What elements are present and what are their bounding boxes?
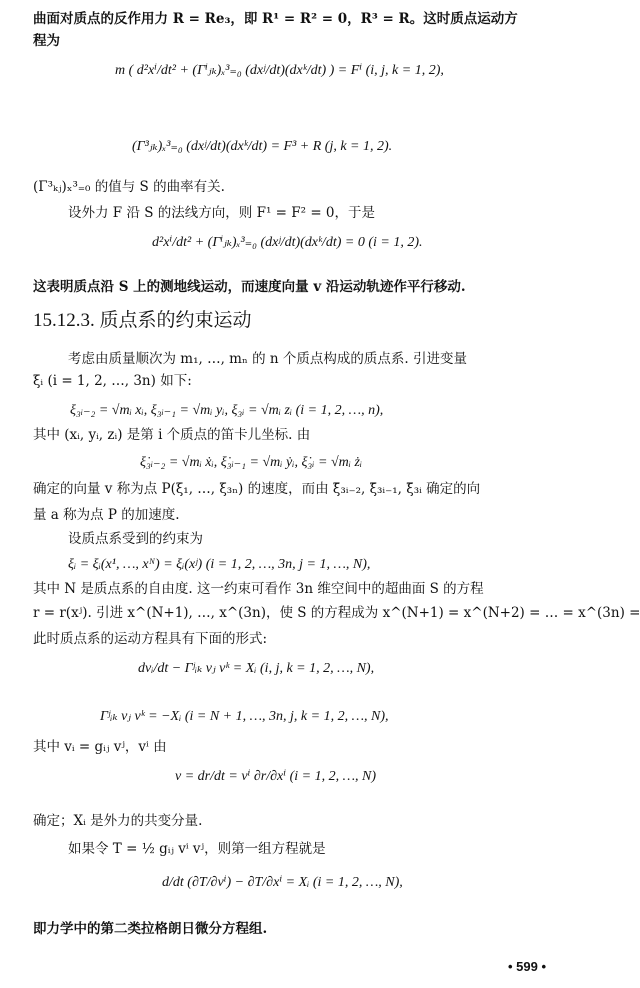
page-number: • 599 • xyxy=(508,958,546,976)
equation: d²xⁱ/dt² + (Γⁱⱼₖ)ₓ³₌₀ (dxʲ/dt)(dxᵏ/dt) =… xyxy=(152,234,422,252)
text-line: 设外力 F 沿 S 的法线方向，则 F¹ = F² = 0，于是 xyxy=(68,204,375,222)
equation: ξᵢ = ξᵢ(x¹, …, xᴺ) = ξᵢ(xʲ) (i = 1, 2, …… xyxy=(68,556,370,574)
text-line: 曲面对质点的反作用力 R = Re₃，即 R¹ = R² = 0，R³ = R。… xyxy=(33,10,518,28)
text-line: r = r(xʲ). 引进 x^(N+1), …, x^(3n)，使 S 的方程… xyxy=(33,604,640,622)
text-line: 量 a 称为点 P 的加速度. xyxy=(33,506,180,524)
equation: v = dr/dt = vⁱ ∂r/∂xⁱ (i = 1, 2, …, N) xyxy=(175,768,376,786)
text-line: 这表明质点沿 S 上的测地线运动，而速度向量 v 沿运动轨迹作平行移动. xyxy=(33,278,466,296)
equation: ξ₃ᵢ₋₂ = √mᵢ xᵢ, ξ₃ᵢ₋₁ = √mᵢ yᵢ, ξ₃ᵢ = √m… xyxy=(70,402,383,420)
equation: Γʲᵢₖ vⱼ vᵏ = −Xᵢ (i = N + 1, …, 3n, j, k… xyxy=(100,708,389,726)
text-line: ξᵢ (i = 1, 2, …, 3n) 如下: xyxy=(33,372,192,390)
text-line: 如果令 T = ½ gᵢⱼ vⁱ vʲ，则第一组方程就是 xyxy=(68,840,326,858)
equation: (Γ³ⱼₖ)ₓ³₌₀ (dxʲ/dt)(dxᵏ/dt) = F³ + R (j,… xyxy=(132,138,392,156)
text-line: 即力学中的第二类拉格朗日微分方程组. xyxy=(33,920,267,938)
text-line: 此时质点系的运动方程具有下面的形式: xyxy=(33,630,267,648)
text-line: 确定；Xᵢ 是外力的共变分量. xyxy=(33,812,202,830)
text-line: 考虑由质量顺次为 m₁, …, mₙ 的 n 个质点构成的质点系. 引进变量 xyxy=(68,350,467,368)
equation: ξ̇₃ᵢ₋₂ = √mᵢ ẋᵢ, ξ̇₃ᵢ₋₁ = √mᵢ ẏᵢ, ξ̇₃ᵢ =… xyxy=(140,454,362,472)
text-line: 设质点系受到的约束为 xyxy=(68,530,203,548)
text-line: 确定的向量 v 称为点 P(ξ₁, …, ξ₃ₙ) 的速度，而由 ξ̈₃ᵢ₋₂,… xyxy=(33,480,480,498)
text-line: 程为 xyxy=(33,32,60,50)
text-line: (Γ³ₖⱼ)ₓ³₌₀ 的值与 S 的曲率有关. xyxy=(33,178,225,196)
equation: d/dt (∂T/∂vⁱ) − ∂T/∂xⁱ = Xᵢ (i = 1, 2, …… xyxy=(162,874,403,892)
text-line: 其中 vᵢ = gᵢⱼ vʲ，vⁱ 由 xyxy=(33,738,167,756)
equation: dvᵢ/dt − Γʲᵢₖ vⱼ vᵏ = Xᵢ (i, j, k = 1, 2… xyxy=(138,660,374,678)
section-heading: 15.12.3. 质点系的约束运动 xyxy=(33,312,252,330)
text-line: 其中 N 是质点系的自由度. 这一约束可看作 3n 维空间中的超曲面 S 的方程 xyxy=(33,580,484,598)
text-line: 其中 (xᵢ, yᵢ, zᵢ) 是第 i 个质点的笛卡儿坐标. 由 xyxy=(33,426,310,444)
equation: m ( d²xⁱ/dt² + (Γⁱⱼₖ)ₓ³₌₀ (dxʲ/dt)(dxᵏ/d… xyxy=(115,62,444,80)
